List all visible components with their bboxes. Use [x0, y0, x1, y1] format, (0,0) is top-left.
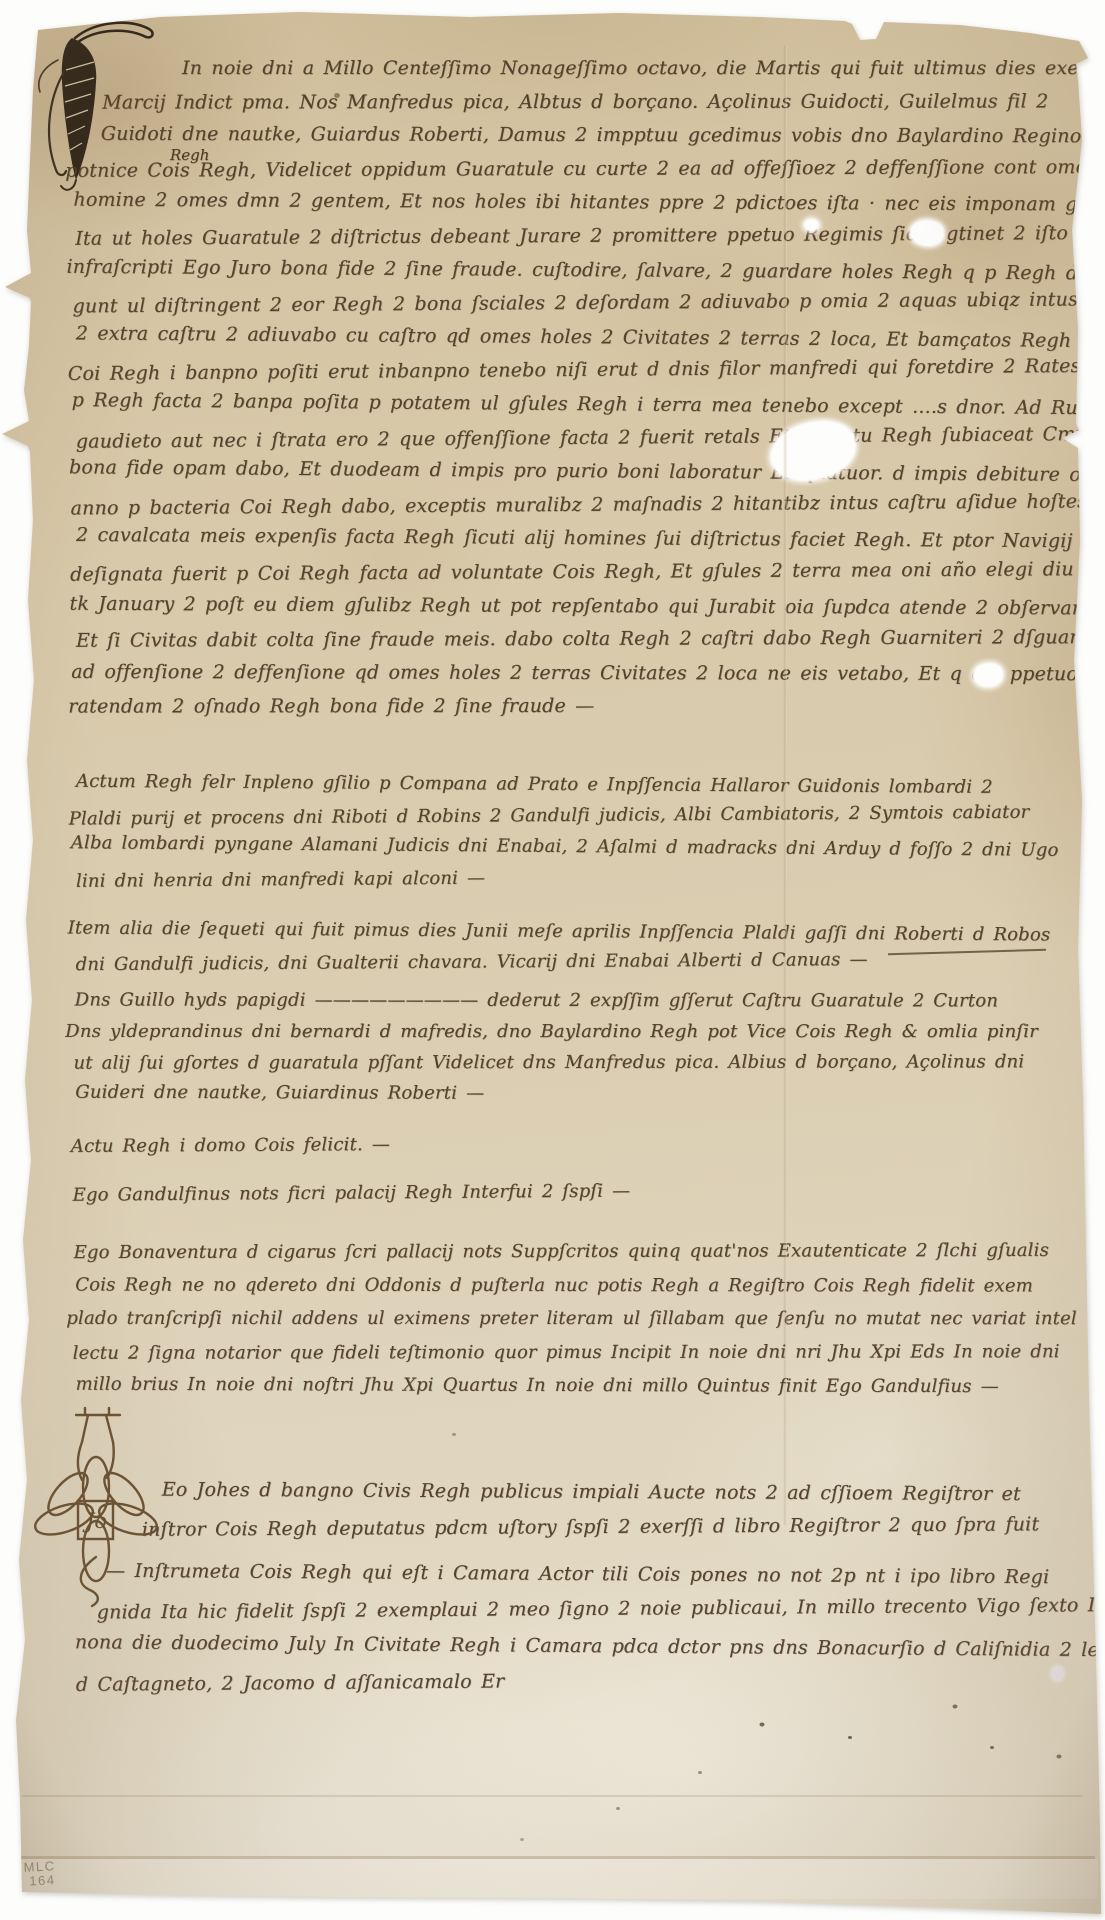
photo-background: Regh In noie dni a Millo Centeſſimo Nona…: [0, 0, 1105, 1920]
manuscript-line: Guidoti dne nautke, Guiardus Roberti, Da…: [88, 123, 1067, 159]
notarial-sign-monogram: Jo: [82, 1509, 107, 1533]
ink-specks: [0, 0, 2, 2]
fold-crease-horizontal: [22, 1795, 1082, 1797]
manuscript-line: deſignata fuerit p Coi Regh facta ad vol…: [62, 558, 1067, 597]
manuscript-line: lectu 2 ſigna notarior que fideli teſtim…: [62, 1341, 1067, 1376]
manuscript-line: inſtror Cois Regh deputatus pdcm uſtory …: [134, 1513, 1067, 1554]
archive-shelfmark-line2: 164: [29, 1873, 57, 1888]
archive-shelfmark: MLC 164: [23, 1859, 56, 1889]
parchment: Regh In noie dni a Millo Centeſſimo Nona…: [0, 0, 1105, 1920]
manuscript-line: In noie dni a Millo Centeſſimo Nonageſſi…: [180, 57, 1067, 91]
manuscript-line: Actu Regh i domo Cois felicit. —: [62, 1130, 1067, 1166]
text-block-johannes-subscription: Eo Johes d bangno Civis Regh publicus im…: [62, 1481, 1067, 1705]
text-block-bonaventura-subscription: Ego Bonaventura d cigarus ſcri pallacij …: [62, 1241, 1067, 1409]
manuscript-line: d Caſtagneto, 2 Jacomo d aſſanicamalo Er: [62, 1666, 1067, 1709]
manuscript-line: Ego Bonaventura d cigarus ſcri pallacij …: [62, 1240, 1067, 1276]
manuscript-line: potnice Cois Regh, Videlicet oppidum Gua…: [62, 156, 1067, 193]
parchment-hole: [910, 220, 944, 246]
text-block-item-next-day: Item alia die ſequeti qui fuit pimus die…: [62, 921, 1067, 981]
parchment-surface: Regh In noie dni a Millo Centeſſimo Nona…: [0, 0, 1105, 1920]
manuscript-line: lini dni henria dni manfredi kapi alconi…: [62, 863, 1067, 902]
fold-flap: [20, 1859, 1098, 1899]
manuscript-line: Guideri dne nautke, Guiardinus Roberti —: [62, 1082, 1067, 1116]
parchment-hole: [1051, 1666, 1064, 1681]
manuscript-line: ratendam 2 oſnado Regh bona fide 2 ſine …: [62, 695, 1067, 730]
manuscript-line: gnida Ita hic fidelit ſspſi 2 exemplaui …: [88, 1594, 1067, 1636]
manuscript-line: Marcij Indict pma. Nos Manfredus pica, A…: [90, 90, 1067, 125]
text-block-actum-second: Actu Regh i domo Cois felicit. —: [62, 1133, 1067, 1163]
manuscript-line: plado tranſcripſi nichil addens ul exime…: [62, 1308, 1067, 1342]
manuscript-line: Eo Johes d bangno Civis Regh publicus im…: [154, 1479, 1067, 1519]
manuscript-line: millo brius In noie dni noſtri Jhu Xpi Q…: [62, 1374, 1067, 1410]
text-block-gandulfinus-subscription: Ego Gandulfinus nots ficri palacij Regh …: [62, 1181, 1067, 1211]
manuscript-line: 2 cavalcata meis expenſis facta Regh ſic…: [62, 524, 1067, 564]
manuscript-line: Dns Guillo hyds papigdi ————————— dederu…: [62, 989, 1067, 1021]
text-block-oath: In noie dni a Millo Centeſſimo Nonageſſi…: [62, 57, 1067, 729]
manuscript-line: ut alij ſui gſortes d guaratula pſſant V…: [62, 1051, 1067, 1083]
manuscript-line: Dns yldeprandinus dni bernardi d mafredi…: [62, 1021, 1067, 1052]
manuscript-line: Et ſi Civitas dabit colta ſine fraude me…: [62, 626, 1067, 663]
manuscript-line: tk January 2 poſt eu diem gſulibz Regh u…: [62, 592, 1067, 630]
text-block-actum-first: Actum Regh felr Inpleno gſilio p Compana…: [62, 774, 1067, 898]
text-block-concession: Dns Guillo hyds papigdi ————————— dederu…: [62, 990, 1067, 1114]
manuscript-line: ad offenſione 2 deffenſione qd omes hole…: [62, 661, 1067, 697]
manuscript-line: Ego Gandulfinus nots ficri palacij Regh …: [62, 1177, 1067, 1215]
manuscript-line: Cois Regh ne no qdereto dni Oddonis d pu…: [62, 1274, 1067, 1309]
parchment-hole: [973, 663, 1003, 687]
notarial-sign: Jo: [18, 1406, 178, 1611]
parchment-hole: [804, 219, 819, 231]
